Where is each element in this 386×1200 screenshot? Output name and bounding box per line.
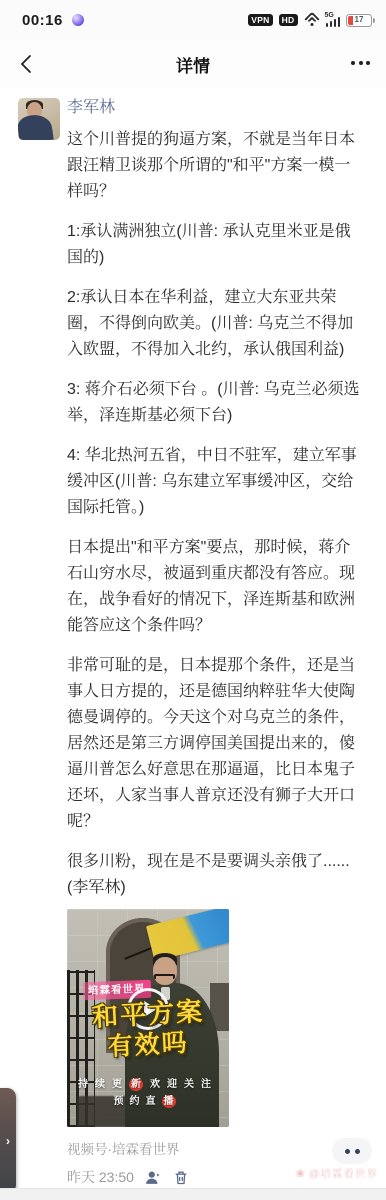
signal-strength-icon: 5G	[326, 14, 341, 27]
watermark: ❀ @培霖看世界	[296, 1166, 378, 1181]
post-paragraph: 非常可耻的是，日本提那个条件，还是当事人日方提的，还是德国纳粹驻华大使陶德曼调停…	[67, 653, 365, 835]
post-paragraph: 4: 华北热河五省，中日不驻军，建立军事缓冲区(川普: 乌东建立军事缓冲区，交给…	[67, 443, 365, 521]
notification-app-icon	[72, 14, 84, 26]
video-thumbnail[interactable]: 培霖看世界 和平方案 有效吗 持续更新欢迎关注 预约直播	[67, 909, 229, 1127]
post-body: 这个川普提的狗逼方案，不就是当年日本跟汪精卫谈那个所谓的"和平"方案一模一样吗？…	[67, 127, 365, 901]
reporter-face	[153, 957, 177, 985]
post-paragraph: 1:承认满洲独立(川普: 承认克里米亚是俄国的)	[67, 219, 365, 271]
video-footer-line2: 预约直播	[67, 1092, 229, 1107]
more-icon[interactable]	[351, 61, 370, 65]
trash-icon[interactable]	[172, 1168, 190, 1186]
status-bar: 00:16 VPN HD 5G 17	[0, 0, 386, 40]
post-paragraph: 2:承认日本在华利益，建立大东亚共荣圈，不得倒向欧美。(川普: 乌克兰不得加入欧…	[67, 285, 365, 363]
author-name[interactable]: 李军林	[67, 98, 365, 118]
reporter-glasses	[154, 974, 175, 979]
network-type-label: 5G	[325, 12, 334, 19]
section-divider	[0, 1188, 386, 1200]
chevron-right-icon: ›	[6, 1135, 10, 1147]
post-paragraph: 很多川粉，现在是不是要调头亲俄了......	[67, 849, 365, 875]
battery-percent: 17	[347, 16, 371, 24]
highlighted-char: 播	[162, 1095, 176, 1108]
nav-bar: 详情	[0, 40, 386, 88]
watermark-text: @培霖看世界	[309, 1166, 378, 1181]
post-signature: (李军林)	[67, 875, 365, 901]
post-paragraph: 这个川普提的狗逼方案，不就是当年日本跟汪精卫谈那个所谓的"和平"方案一模一样吗？	[67, 127, 365, 205]
watermark-logo-icon: ❀	[296, 1167, 306, 1180]
highlighted-char: 新	[129, 1078, 143, 1091]
footer-text: 持续更	[78, 1079, 129, 1090]
post-paragraph: 3: 蒋介石必须下台 。(川普: 乌克兰必须选举，泽连斯基必须下台)	[67, 377, 365, 429]
back-icon[interactable]	[14, 52, 38, 76]
minimized-floating-window-handle[interactable]: ›	[0, 1088, 16, 1194]
footer-text: 欢迎关注	[150, 1079, 218, 1090]
video-footer-line1: 持续更新欢迎关注	[67, 1075, 229, 1090]
avatar[interactable]	[18, 98, 60, 140]
profile-icon[interactable]	[144, 1168, 162, 1186]
page-title: 详情	[176, 52, 210, 77]
footer-text: 预约直	[114, 1096, 162, 1107]
more-options-pill[interactable]	[332, 1138, 372, 1164]
post-paragraph: 日本提出"和平方案"要点，那时候，蒋介石山穷水尽，被逼到重庆都没有答应。现在，战…	[67, 535, 365, 639]
post: 李军林 这个川普提的狗逼方案，不就是当年日本跟汪精卫谈那个所谓的"和平"方案一模…	[0, 88, 386, 1187]
clock: 00:16	[22, 12, 63, 29]
battery-icon: 17	[346, 14, 372, 27]
wifi-icon	[304, 14, 320, 27]
weibo-detail-screen: 00:16 VPN HD 5G 17 详情 李军林	[0, 0, 386, 1200]
vpn-badge: VPN	[248, 14, 272, 27]
video-channel-link[interactable]: 视频号·培霖看世界	[67, 1138, 365, 1158]
hd-badge: HD	[279, 14, 298, 27]
post-timestamp: 昨天 23:50	[67, 1167, 134, 1187]
